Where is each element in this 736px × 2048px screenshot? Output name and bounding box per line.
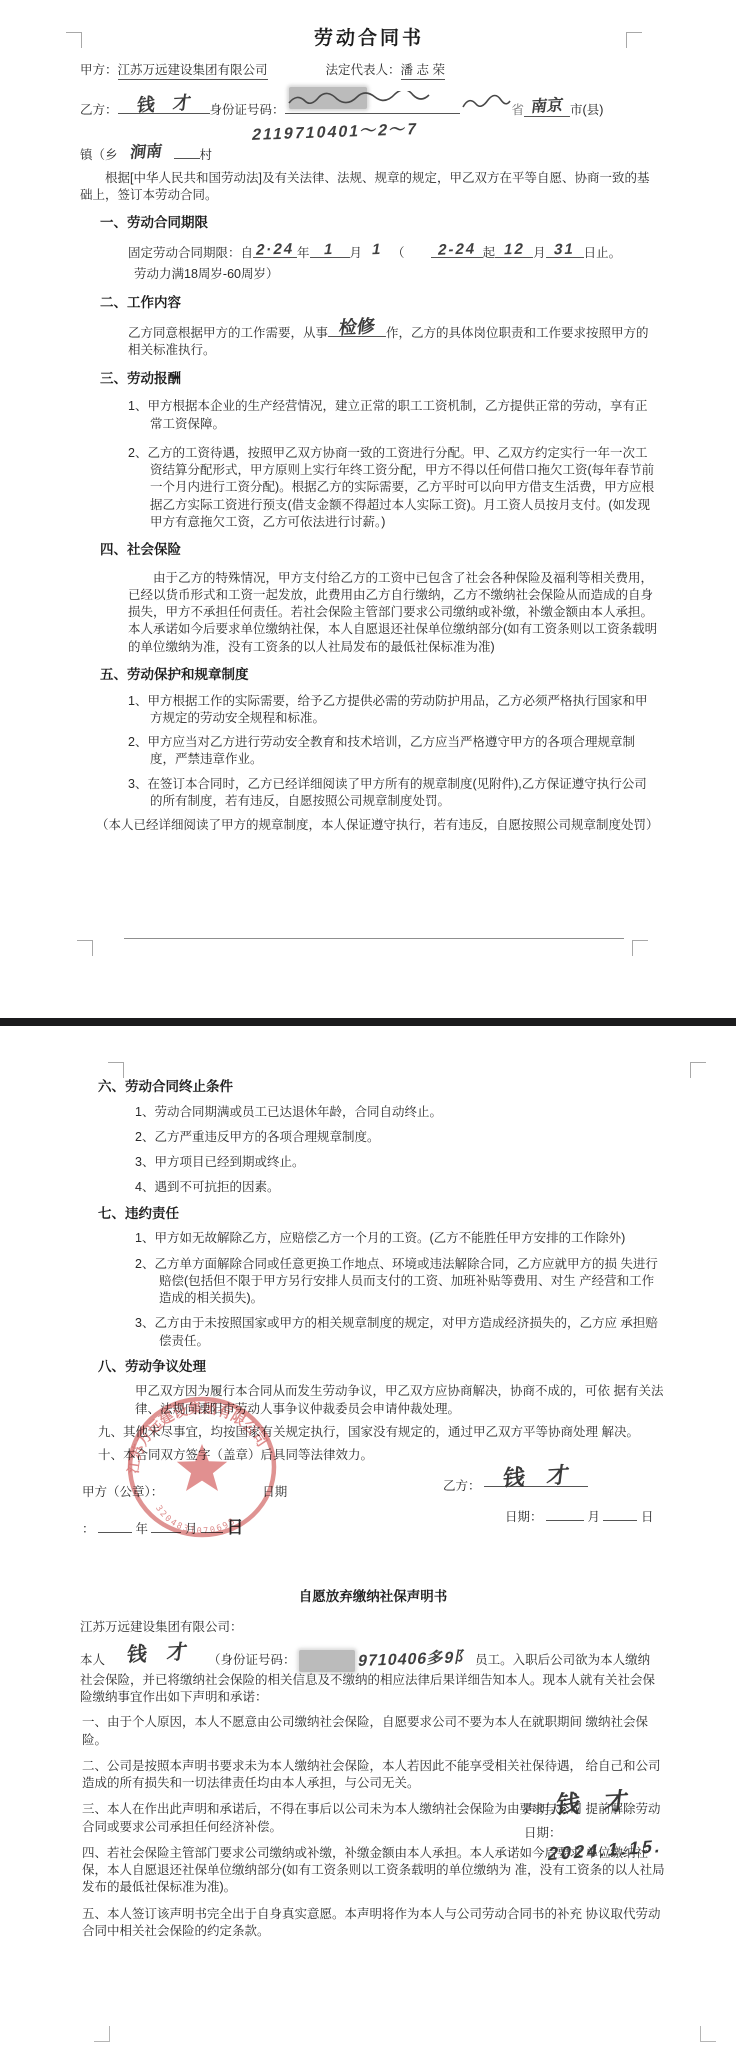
- legal-rep-label: 法定代表人：: [326, 62, 401, 79]
- party-b-date-label: 日期：: [505, 1510, 543, 1524]
- town-row: 镇（乡 涧南 村: [80, 144, 658, 164]
- s3-item-1: 1、甲方根据本企业的生产经营情况，建立正常的职工工资机制，乙方提供正常的劳动，享…: [128, 398, 658, 433]
- party-b-label: 乙方：: [80, 102, 118, 119]
- term-qi-label: 起: [483, 246, 496, 260]
- term-month-label: 月: [350, 246, 363, 260]
- crop-mark-icon: [626, 32, 642, 48]
- page-title: 劳动合同书: [80, 26, 658, 52]
- declarant-label: 声明人：: [524, 1802, 574, 1819]
- s4-body: 由于乙方的特殊情况，甲方支付给乙方的工资中已包含了社会各种保险及福利等相关费用，…: [128, 570, 658, 656]
- legal-rep-value: 潘 志 荣: [401, 62, 445, 80]
- term-note: 劳动力满18周岁-60周岁）: [134, 266, 658, 283]
- work-content: 乙方同意根据甲方的工作需要，从事检修作，乙方的具体岗位职责和工作要求按照甲方的相…: [128, 322, 658, 360]
- party-b-signature: 钱 才: [135, 94, 191, 115]
- crop-mark-icon: [94, 2026, 110, 2042]
- decl-item-1: 一、由于个人原因，本人不愿意由公司缴纳社会保险，自愿要求公司不要为本人在就职期间…: [82, 1714, 666, 1749]
- party-a-value: 江苏万远建设集团有限公司: [118, 62, 268, 80]
- city-handwriting: 南京: [530, 99, 564, 117]
- section-3-heading: 三、劳动报酬: [100, 370, 658, 389]
- term-month2-hw: 12: [502, 240, 526, 262]
- s6-item-4: 4、遇到不可抗拒的因素。: [135, 1179, 666, 1196]
- s3-item-2: 2、乙方的工资待遇，按照甲乙双方协商一致的工资进行分配。甲、乙双方约定实行一年一…: [128, 445, 658, 531]
- page1-footer-rule: [124, 938, 624, 939]
- term-year-hw: 2·24: [254, 239, 296, 261]
- page-2: 六、劳动合同终止条件 1、劳动合同期满或员工已达退休年龄，合同自动终止。 2、乙…: [0, 1026, 736, 2048]
- term-prefix: 固定劳动合同期限：自: [128, 246, 253, 260]
- crop-mark-icon: [108, 1062, 124, 1078]
- preamble: 根据[中华人民共和国劳动法]及有关法律、法规、规章的规定，甲乙双方在平等自愿、协…: [80, 170, 658, 205]
- party-a-row: 甲方： 江苏万远建设集团有限公司 法定代表人： 潘 志 荣: [80, 62, 658, 80]
- s6-item-3: 3、甲方项目已经到期或终止。: [135, 1154, 666, 1171]
- crop-mark-icon: [77, 940, 93, 956]
- province-label: 省: [512, 102, 525, 119]
- id-blank: [285, 99, 460, 114]
- s5-item-2: 2、甲方应当对乙方进行劳动安全教育和技术培训，乙方应当严格遵守甲方的各项合理规章…: [128, 734, 658, 769]
- declaration-title: 自愿放弃缴纳社保声明书: [80, 1588, 666, 1607]
- village-label: 村: [200, 147, 213, 164]
- crop-mark-icon: [690, 1062, 706, 1078]
- crop-mark-icon: [66, 32, 82, 48]
- party-b-sign-block: 乙方： 钱 才 日期： 月 日: [443, 1472, 653, 1526]
- party-b-signature-2: 钱 才: [502, 1465, 571, 1491]
- section-8-heading: 八、劳动争议处理: [98, 1358, 666, 1377]
- term-day-hw: 1: [370, 240, 384, 261]
- crop-mark-icon: [700, 2026, 716, 2042]
- province-scribble-icon: [460, 94, 512, 114]
- s7-item-2: 2、乙方单方面解除合同或任意更换工作地点、环境或违法解除合同，乙方应就甲方的损 …: [135, 1256, 666, 1308]
- section-2-heading: 二、工作内容: [100, 294, 658, 313]
- colon: ：: [82, 1522, 95, 1536]
- term-year-label: 年: [297, 246, 310, 260]
- id-scribble-icon: [285, 91, 445, 111]
- city-blank: 南京: [524, 102, 570, 117]
- section-7-heading: 七、违约责任: [98, 1205, 666, 1224]
- s7-item-1: 1、甲方如无故解除乙方，应赔偿乙方一个月的工资。(乙方不能胜任甲方安排的工作除外…: [135, 1230, 666, 1247]
- id-handwriting: 2119710401～2～7: [250, 119, 420, 147]
- decl-item-2: 二、公司是按照本声明书要求未为本人缴纳社会保险，本人若因此不能享受相关社保待遇，…: [82, 1758, 666, 1793]
- page-separator-band: [0, 1018, 736, 1026]
- declaration-opening: 本人 钱 才 （身份证号码： 9710406多9阝 员工。入职后公司欲为本人缴纳…: [80, 1648, 666, 1706]
- term-start-hw: 2-24: [436, 239, 478, 261]
- job-handwriting: 检修: [338, 317, 376, 337]
- term-suffix: 日止。: [584, 246, 622, 260]
- decl-item-5: 五、本人签订该声明书完全出于自身真实意愿。本声明将作为本人与公司劳动合同书的补充…: [82, 1906, 666, 1941]
- town-label: 镇（乡: [80, 147, 118, 164]
- decl-id-hw: 9710406多9阝: [357, 1647, 474, 1673]
- s6-item-2: 2、乙方严重违反甲方的各项合理规章制度。: [135, 1129, 666, 1146]
- party-b-sign-label: 乙方：: [443, 1479, 481, 1493]
- section-1-heading: 一、劳动合同期限: [100, 214, 658, 233]
- section-5-heading: 五、劳动保护和规章制度: [100, 666, 658, 685]
- term-paren: （: [392, 246, 405, 260]
- b-day-label: 日: [641, 1510, 654, 1524]
- town-blank: 涧南: [118, 147, 174, 161]
- contract-scan: 劳动合同书 甲方： 江苏万远建设集团有限公司 法定代表人： 潘 志 荣 乙方： …: [0, 0, 736, 2048]
- city-label: 市(县): [570, 102, 603, 119]
- s5-note: （本人已经详细阅读了甲方的规章制度，本人保证遵守执行，若有违反，自愿按照公司规章…: [96, 817, 658, 834]
- term-month2-label: 月: [533, 246, 546, 260]
- term-month-hw: 1: [323, 240, 337, 261]
- decl-id-redaction-box: [299, 1650, 355, 1672]
- decl-open-pre: 本人: [80, 1653, 105, 1667]
- declarant-name-hw: 钱 才: [125, 1643, 187, 1666]
- company-stamp: 江苏万远建设集团有限公司 3204831070698: [122, 1392, 282, 1542]
- id-label: 身份证号码：: [210, 102, 285, 119]
- party-b-row: 乙方： 钱 才 身份证号码： 省 南京 市(县): [80, 94, 658, 119]
- term-line: 固定劳动合同期限：自2·24年1月1（2-24起12月31日止。: [128, 243, 658, 262]
- section-6-heading: 六、劳动合同终止条件: [98, 1078, 666, 1097]
- party-b-blank: 钱 才: [118, 99, 210, 114]
- crop-mark-icon: [632, 940, 648, 956]
- s5-item-1: 1、甲方根据工作的实际需要，给予乙方提供必需的劳动防护用品，乙方必须严格执行国家…: [128, 693, 658, 728]
- work-pre: 乙方同意根据甲方的工作需要，从事: [128, 326, 328, 340]
- declaration-addressee: 江苏万远建设集团有限公司：: [80, 1619, 666, 1636]
- decl-open-mid: （身份证号码：: [208, 1653, 296, 1667]
- b-month-label: 月: [587, 1510, 600, 1524]
- s6-item-1: 1、劳动合同期满或员工已达退休年龄，合同自动终止。: [135, 1104, 666, 1121]
- party-a-label: 甲方：: [80, 62, 118, 79]
- id-handwriting-row: 2119710401～2～7: [252, 122, 658, 144]
- term-day2-hw: 31: [552, 240, 576, 262]
- s7-item-3: 3、乙方由于未按照国家或甲方的相关规章制度的规定，对甲方造成经济损失的，乙方应 …: [135, 1315, 666, 1350]
- section-4-heading: 四、社会保险: [100, 541, 658, 560]
- s5-item-3: 3、在签订本合同时，乙方已经详细阅读了甲方所有的规章制度(见附件),乙方保证遵守…: [128, 776, 658, 811]
- stamp-star-icon: [177, 1444, 227, 1491]
- page-1: 劳动合同书 甲方： 江苏万远建设集团有限公司 法定代表人： 潘 志 荣 乙方： …: [0, 0, 736, 1018]
- town-handwriting: 涧南: [129, 144, 163, 162]
